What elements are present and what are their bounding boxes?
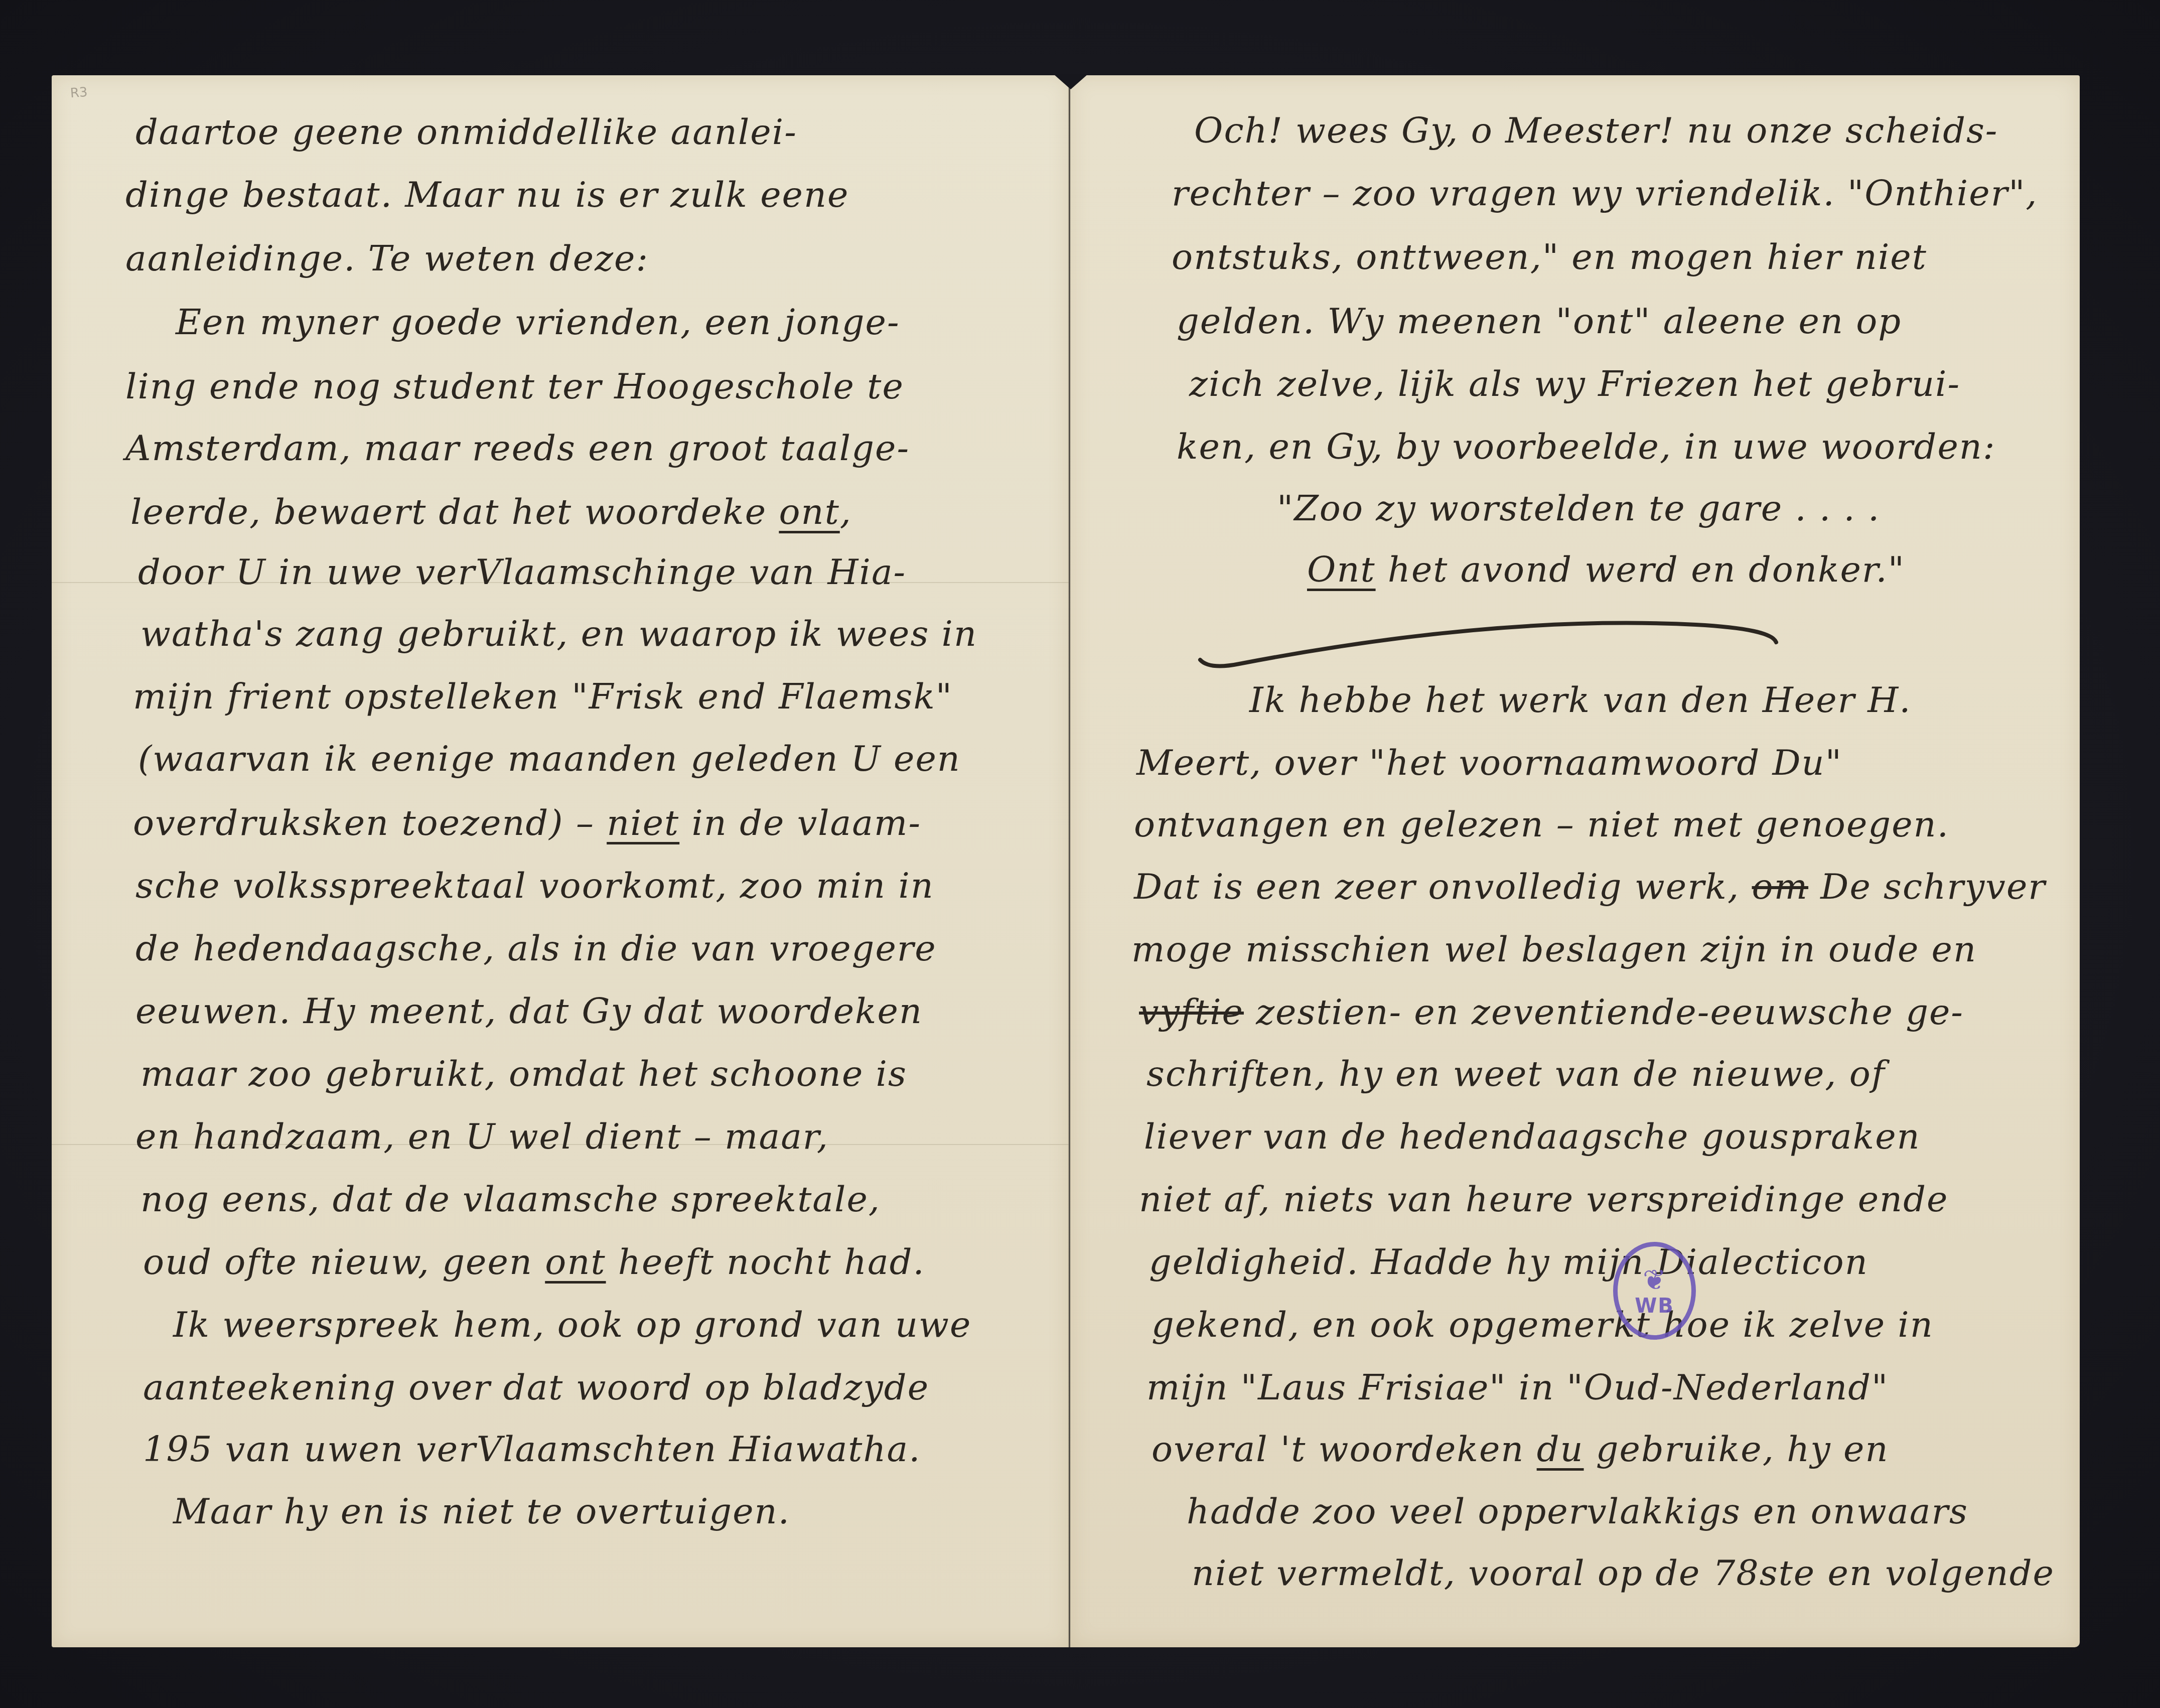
stamp-monogram: WB (1635, 1296, 1674, 1317)
line-text: liever van de hedendaagsche gouspraken (1144, 1116, 1921, 1157)
handwritten-line: Dat is een zeer onvolledig werk, om De s… (1134, 864, 2046, 909)
handwritten-line: rechter – zoo vragen wy vriendelik. "Ont… (1172, 171, 2038, 216)
handwritten-line: mijn frient opstelleken "Frisk end Flaem… (133, 674, 953, 719)
line-text: Amsterdam, maar reeds een groot taalge- (125, 428, 910, 469)
underlined-word: Ont (1307, 549, 1376, 590)
struck-word: vyftie (1139, 991, 1244, 1033)
line-text-after: heeft nocht had. (606, 1241, 925, 1283)
line-text: nog eens, dat de vlaamsche spreektale, (140, 1179, 881, 1220)
handwritten-line: (waarvan ik eenige maanden geleden U een (138, 736, 961, 781)
line-text: ontstuks, onttween," en mogen hier niet (1172, 236, 1927, 277)
line-text: moge misschien wel beslagen zijn in oude… (1131, 929, 1977, 970)
library-stamp: ❦ WB (1613, 1242, 1696, 1340)
line-text-after: zestien- en zeventiende-eeuwsche ge- (1244, 991, 1964, 1033)
handwritten-line: door U in uwe verVlaamschinge van Hia- (138, 549, 906, 595)
line-text: maar zoo gebruikt, omdat het schoone is (140, 1053, 907, 1094)
handwritten-line: moge misschien wel beslagen zijn in oude… (1131, 927, 1977, 972)
handwritten-line: maar zoo gebruikt, omdat het schoone is (140, 1051, 907, 1096)
handwritten-line: schriften, hy en weet van de nieuwe, of (1146, 1051, 1886, 1096)
handwritten-line: Maar hy en is niet te overtuigen. (173, 1489, 790, 1534)
line-text: de hedendaagsche, als in die van vroeger… (135, 928, 937, 969)
line-text: door U in uwe verVlaamschinge van Hia- (138, 551, 906, 593)
handwritten-line: Och! wees Gy, o Meester! nu onze scheids… (1194, 108, 1998, 153)
handwritten-line: de hedendaagsche, als in die van vroeger… (135, 926, 937, 971)
line-text-after: De schryver (1808, 866, 2046, 907)
line-text-after: het avond werd en donker." (1376, 549, 1905, 590)
line-text: schriften, hy en weet van de nieuwe, of (1146, 1053, 1886, 1094)
line-text: overal 't woordeken (1151, 1429, 1537, 1470)
underlined-word: ont (545, 1241, 606, 1283)
line-text: eeuwen. Hy meent, dat Gy dat woordeken (135, 990, 923, 1032)
handwritten-line: dinge bestaat. Maar nu is er zulk eene (125, 172, 849, 217)
line-text: 195 van uwen verVlaamschten Hiawatha. (143, 1429, 921, 1470)
line-text: Ik weerspreek hem, ook op grond van uwe (173, 1304, 971, 1345)
handwritten-line: Ik hebbe het werk van den Heer H. (1249, 677, 1912, 723)
line-text: aanteekening over dat woord op bladzyde (143, 1367, 929, 1408)
handwritten-line: aanteekening over dat woord op bladzyde (143, 1365, 929, 1410)
handwritten-line: overdruksken toezend) – niet in de vlaam… (133, 800, 921, 845)
handwritten-line: watha's zang gebruikt, en waarop ik wees… (140, 611, 977, 656)
handwritten-line: overal 't woordeken du gebruike, hy en (1151, 1427, 1889, 1472)
line-text: rechter – zoo vragen wy vriendelik. "Ont… (1172, 173, 2038, 214)
handwritten-line: sche volksspreektaal voorkomt, zoo min i… (135, 863, 934, 908)
handwritten-line: en handzaam, en U wel dient – maar, (135, 1114, 829, 1159)
line-text: Ik hebbe het werk van den Heer H. (1249, 679, 1912, 721)
handwritten-line: ken, en Gy, by voorbeelde, in uwe woorde… (1177, 424, 1996, 469)
line-text: Meert, over "het voornaamwoord Du" (1136, 742, 1842, 783)
line-text: niet af, niets van heure verspreidinge e… (1139, 1179, 1948, 1220)
line-text: overdruksken toezend) – (133, 802, 607, 843)
line-text: niet vermeldt, vooral op de 78ste en vol… (1192, 1552, 2055, 1594)
line-text: mijn "Laus Frisiae" in "Oud-Nederland" (1146, 1367, 1889, 1408)
handwritten-line: Een myner goede vrienden, een jonge- (176, 300, 900, 345)
struck-word: om (1752, 866, 1809, 907)
handwritten-line: niet af, niets van heure verspreidinge e… (1139, 1177, 1948, 1222)
line-text-after: , (840, 491, 852, 532)
underlined-word: ont (779, 491, 839, 532)
line-text-after: in de vlaam- (679, 802, 921, 843)
handwritten-line: nog eens, dat de vlaamsche spreektale, (140, 1177, 881, 1222)
line-text: daartoe geene onmiddellike aanlei- (135, 111, 797, 153)
line-text: hadde zoo veel oppervlakkigs en onwaars (1187, 1491, 1968, 1532)
line-text: mijn frient opstelleken "Frisk end Flaem… (133, 676, 953, 717)
handwritten-line: mijn "Laus Frisiae" in "Oud-Nederland" (1146, 1365, 1889, 1410)
handwritten-line: "Zoo zy worstelden te gare . . . . (1277, 486, 1880, 531)
line-text: "Zoo zy worstelden te gare . . . . (1277, 488, 1880, 529)
fold-notch (1054, 74, 1088, 89)
handwritten-line: leerde, bewaert dat het woordeke ont, (130, 489, 852, 534)
handwritten-line: gekend, en ook opgemerkt hoe ik zelve in (1151, 1302, 1934, 1347)
line-text: gelden. Wy meenen "ont" aleene en op (1177, 301, 1902, 342)
line-text: ontvangen en gelezen – niet met genoegen… (1134, 804, 1949, 845)
center-fold (1068, 75, 1071, 1647)
handwritten-line: Ont het avond werd en donker." (1307, 547, 1905, 592)
handwritten-line: 195 van uwen verVlaamschten Hiawatha. (143, 1427, 921, 1472)
line-text: aanleidinge. Te weten deze: (125, 238, 649, 279)
handwritten-line: ontstuks, onttween," en mogen hier niet (1172, 234, 1927, 279)
handwritten-line: Ik weerspreek hem, ook op grond van uwe (173, 1302, 971, 1347)
handwritten-line: zich zelve, lijk als wy Friezen het gebr… (1189, 361, 1960, 406)
handwritten-line: gelden. Wy meenen "ont" aleene en op (1177, 299, 1902, 344)
line-text: ling ende nog student ter Hoogeschole te (125, 366, 904, 407)
handwritten-line: eeuwen. Hy meent, dat Gy dat woordeken (135, 988, 923, 1034)
line-text: en handzaam, en U wel dient – maar, (135, 1116, 829, 1157)
underlined-word: du (1537, 1429, 1584, 1470)
handwritten-line: oud ofte nieuw, geen ont heeft nocht had… (143, 1239, 925, 1285)
line-text: zich zelve, lijk als wy Friezen het gebr… (1189, 363, 1960, 404)
handwritten-line: ontvangen en gelezen – niet met genoegen… (1134, 802, 1949, 847)
line-text: Maar hy en is niet te overtuigen. (173, 1491, 790, 1532)
line-text: (waarvan ik eenige maanden geleden U een (138, 738, 961, 779)
handwritten-line: daartoe geene onmiddellike aanlei- (135, 109, 797, 155)
handwritten-line: hadde zoo veel oppervlakkigs en onwaars (1187, 1489, 1968, 1534)
handwritten-line: vyftie zestien- en zeventiende-eeuwsche … (1139, 989, 1964, 1035)
line-text: gekend, en ook opgemerkt hoe ik zelve in (1151, 1304, 1934, 1345)
line-text: dinge bestaat. Maar nu is er zulk eene (125, 174, 849, 215)
flourish-divider (1194, 620, 1997, 675)
underlined-word: niet (607, 802, 679, 843)
line-text: oud ofte nieuw, geen (143, 1241, 545, 1283)
handwritten-line: aanleidinge. Te weten deze: (125, 236, 649, 281)
archive-pencil-mark: R3 (70, 85, 88, 101)
handwritten-line: ling ende nog student ter Hoogeschole te (125, 364, 904, 409)
handwritten-line: niet vermeldt, vooral op de 78ste en vol… (1192, 1550, 2055, 1596)
line-text: Dat is een zeer onvolledig werk, (1134, 866, 1752, 907)
handwritten-line: Amsterdam, maar reeds een groot taalge- (125, 425, 910, 471)
line-text: Een myner goede vrienden, een jonge- (176, 302, 900, 343)
handwritten-line: Meert, over "het voornaamwoord Du" (1136, 740, 1842, 785)
line-text: leerde, bewaert dat het woordeke (130, 491, 779, 532)
line-text: watha's zang gebruikt, en waarop ik wees… (140, 613, 977, 654)
line-text: Och! wees Gy, o Meester! nu onze scheids… (1194, 110, 1998, 151)
line-text: geldigheid. Hadde hy mijn Dialecticon (1149, 1241, 1868, 1283)
line-text-after: gebruike, hy en (1584, 1429, 1889, 1470)
line-text: sche volksspreektaal voorkomt, zoo min i… (135, 865, 934, 906)
line-text: ken, en Gy, by voorbeelde, in uwe woorde… (1177, 426, 1996, 467)
handwritten-line: liever van de hedendaagsche gouspraken (1144, 1114, 1921, 1159)
bee-icon: ❦ (1643, 1265, 1666, 1296)
handwritten-line: geldigheid. Hadde hy mijn Dialecticon (1149, 1239, 1868, 1285)
